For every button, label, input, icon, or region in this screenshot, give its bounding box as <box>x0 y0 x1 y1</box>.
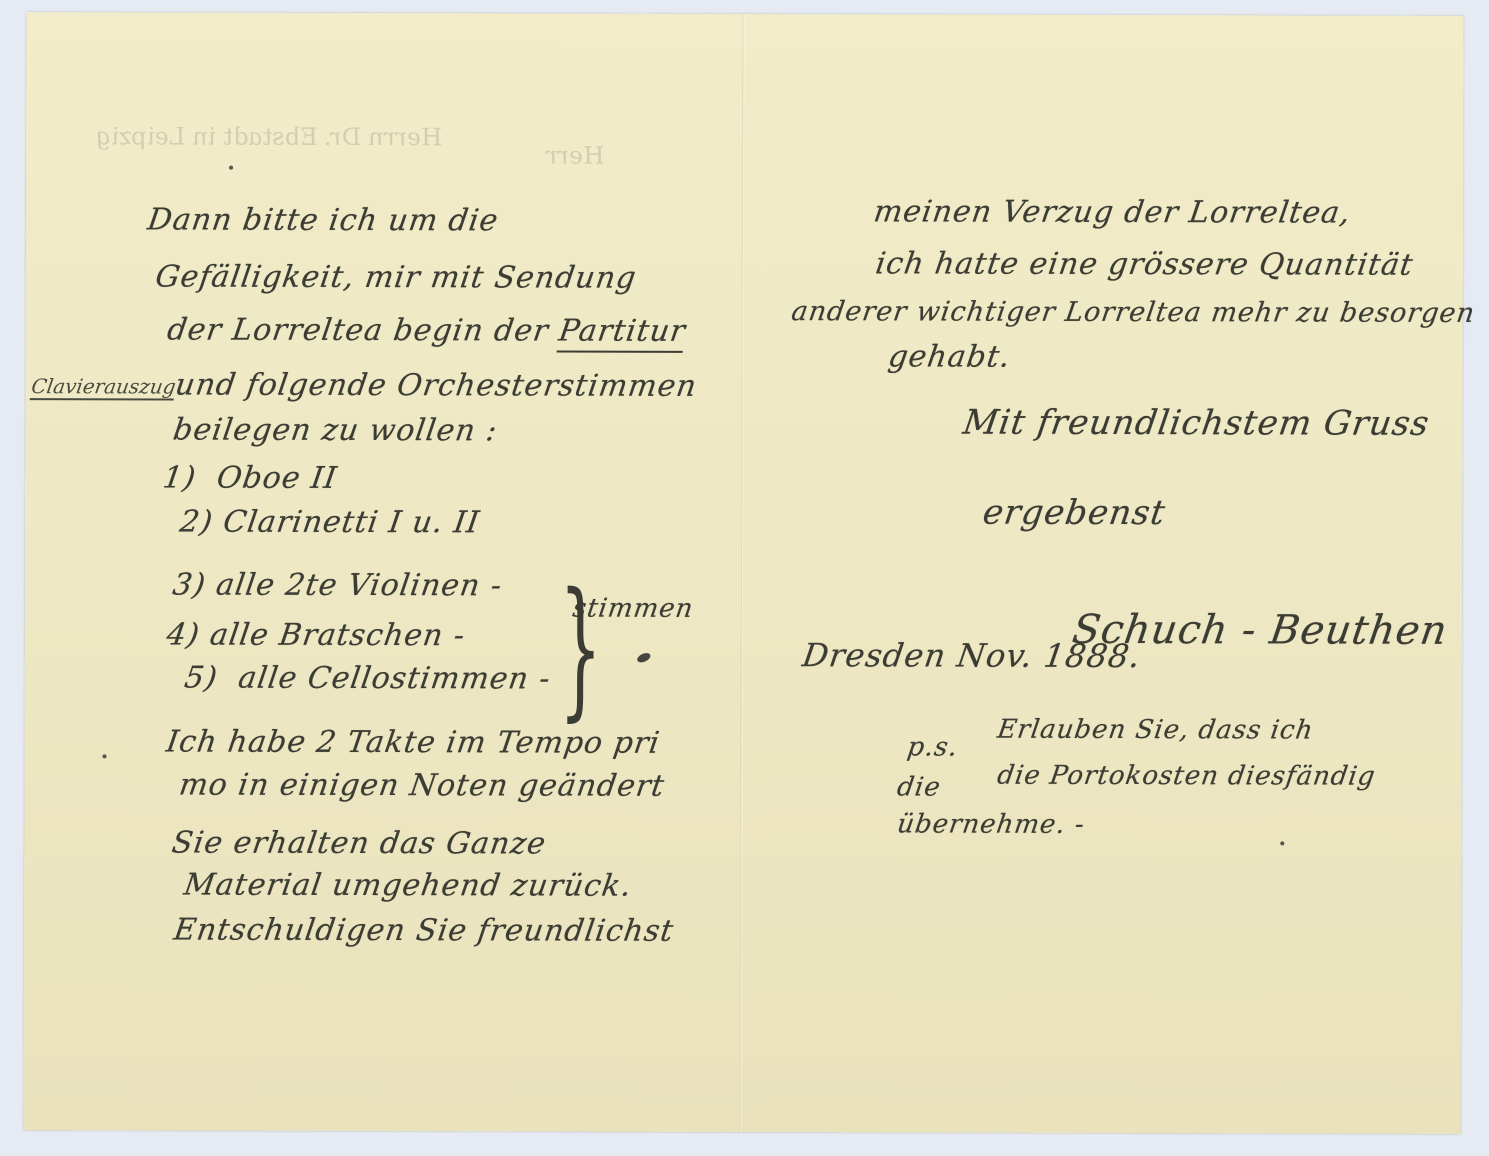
list-item: 4) alle Bratschen - <box>164 617 467 653</box>
ink-blot <box>636 651 652 664</box>
letter-line: Entschuldigen Sie freundlichst <box>172 913 677 949</box>
letter-line: der Lorreltea begin der Partitur <box>165 312 688 348</box>
list-item: 1) Oboe II <box>161 460 340 495</box>
letter-line: Gefälligkeit, mir mit Sendung <box>153 259 639 295</box>
ink-dot <box>1280 841 1284 845</box>
postscript-label: p.s. <box>905 732 960 762</box>
letter-line: mo in einigen Noten geändert <box>177 768 667 804</box>
letter-paper: Herrn Dr. Ebstadt in Leipzig Herr Dann b… <box>24 12 1464 1134</box>
postscript-line: die Portokosten diesfändig <box>995 761 1377 792</box>
letter-line: Sie erhalten das Ganze <box>170 826 549 862</box>
ink-dot <box>229 166 233 170</box>
letter-line: und folgende Orchesterstimmen <box>173 368 699 404</box>
greeting: Mit freundlichstem Gruss <box>961 403 1433 444</box>
underlined-word: Partitur <box>556 314 688 353</box>
closing: ergebenst <box>980 493 1168 533</box>
postscript-line: übernehme. - <box>895 809 1087 839</box>
letter-line: meinen Verzug der Lorreltea, <box>871 194 1353 230</box>
letter-line: ich hatte eine grössere Quantität <box>873 246 1415 282</box>
postscript-side-word: die <box>895 772 943 802</box>
letter-line: Ich habe 2 Takte im Tempo pri <box>164 724 662 760</box>
list-item: 5) alle Cellostimmen - <box>182 661 553 697</box>
brace-label: stimmen <box>571 594 696 624</box>
letter-line: anderer wichtiger Lorreltea mehr zu beso… <box>789 296 1477 329</box>
postscript-line: Erlauben Sie, dass ich <box>995 715 1315 746</box>
ink-dot <box>103 754 107 758</box>
list-item: 2) Clarinetti I u. II <box>178 505 483 541</box>
letter-line: beilegen zu wollen : <box>171 413 500 449</box>
letter-line: Dann bitte ich um die <box>145 202 500 238</box>
left-page: Dann bitte ich um die Gefälligkeit, mir … <box>24 12 743 1132</box>
letter-line: Material umgehend zurück. <box>182 868 635 904</box>
letter-line: gehabt. <box>886 339 1013 374</box>
curly-brace: } <box>559 562 602 736</box>
list-item: 3) alle 2te Violinen - <box>170 568 504 604</box>
right-page: meinen Verzug der Lorreltea, ich hatte e… <box>742 14 1464 1134</box>
margin-note: Clavierauszug <box>30 374 178 400</box>
signature: Schuch - Beuthen <box>1070 607 1451 654</box>
